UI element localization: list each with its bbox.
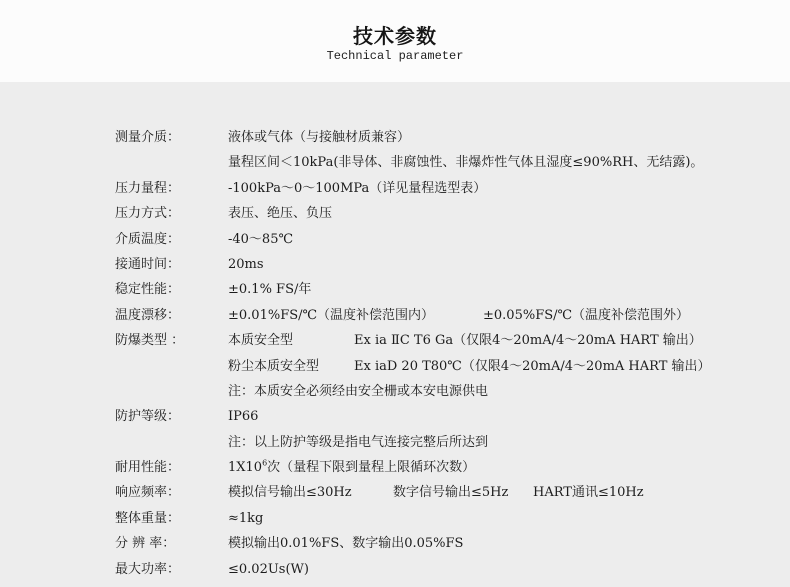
spec-row-weight: 整体重量： ≈1kg bbox=[0, 506, 790, 531]
spec-row-pressure-range: 压力量程： -100kPa～0～100MPa（详见量程选型表） bbox=[0, 176, 790, 201]
spec-value: ≤0.02Us(W) bbox=[228, 557, 309, 582]
spec-value: -100kPa～0～100MPa（详见量程选型表） bbox=[228, 176, 486, 201]
spec-value: 表压、绝压、负压 bbox=[228, 201, 332, 226]
spec-value: ±0.01%FS/℃（温度补偿范围内） bbox=[228, 303, 434, 328]
spec-value: 模拟信号输出≤30Hz bbox=[228, 480, 352, 505]
spec-row-pressure-type: 压力方式： 表压、绝压、负压 bbox=[0, 201, 790, 226]
spec-value: 注：以上防护等级是指电气连接完整后所达到 bbox=[228, 430, 488, 455]
spec-row-dust-proof: 粉尘本质安全型 Ex iaD 20 T80℃（仅限4～20mA/4～20mA H… bbox=[0, 354, 790, 379]
spec-label: 温度漂移： bbox=[115, 303, 180, 328]
spec-label: 稳定性能： bbox=[115, 277, 180, 302]
spec-value: 模拟输出0.01%FS、数字输出0.05%FS bbox=[228, 531, 463, 556]
spec-row-temp-drift: 温度漂移： ±0.01%FS/℃（温度补偿范围内） ±0.05%FS/℃（温度补… bbox=[0, 303, 790, 328]
spec-row-medium-temp: 介质温度： -40～85℃ bbox=[0, 227, 790, 252]
spec-value: 1X106次（量程下限到量程上限循环次数） bbox=[228, 455, 475, 480]
spec-value-secondary: 数字信号输出≤5Hz bbox=[393, 480, 508, 505]
spec-row-on-time: 接通时间： 20ms bbox=[0, 252, 790, 277]
spec-value: 本质安全型 bbox=[228, 328, 293, 353]
spec-label: 耐用性能： bbox=[115, 455, 180, 480]
spec-value: IP66 bbox=[228, 404, 258, 429]
spec-list: 测量介质： 液体或气体（与接触材质兼容） 量程区间＜10kPa(非导体、非腐蚀性… bbox=[0, 125, 790, 582]
spec-row-response-freq: 响应频率： 模拟信号输出≤30Hz 数字信号输出≤5Hz HART通讯≤10Hz bbox=[0, 480, 790, 505]
spec-label: 防爆类型 ： bbox=[115, 328, 184, 353]
spec-label: 接通时间： bbox=[115, 252, 180, 277]
spec-value: ±0.1% FS/年 bbox=[228, 277, 311, 302]
spec-label: 整体重量： bbox=[115, 506, 180, 531]
spec-row-explosion-note: 注：本质安全必须经由安全栅或本安电源供电 bbox=[0, 379, 790, 404]
spec-value: 注：本质安全必须经由安全栅或本安电源供电 bbox=[228, 379, 488, 404]
spec-value: -40～85℃ bbox=[228, 227, 293, 252]
spec-value: 量程区间＜10kPa(非导体、非腐蚀性、非爆炸性气体且湿度≤90%RH、无结露)… bbox=[228, 150, 703, 175]
spec-label: 响应频率： bbox=[115, 480, 180, 505]
spec-row-ip-note: 注：以上防护等级是指电气连接完整后所达到 bbox=[0, 430, 790, 455]
header-banner: 技术参数 Technical parameter bbox=[0, 0, 790, 82]
spec-row-resolution: 分 辨 率： 模拟输出0.01%FS、数字输出0.05%FS bbox=[0, 531, 790, 556]
spec-value: 粉尘本质安全型 bbox=[228, 354, 319, 379]
spec-value: 液体或气体（与接触材质兼容） bbox=[228, 125, 410, 150]
page-title: 技术参数 bbox=[0, 24, 790, 48]
spec-row-stability: 稳定性能： ±0.1% FS/年 bbox=[0, 277, 790, 302]
spec-value-prefix: 1X10 bbox=[228, 460, 262, 475]
spec-value-secondary: Ex ia ⅡC T6 Ga（仅限4～20mA/4～20mA HART 输出） bbox=[354, 328, 702, 353]
spec-label: 介质温度： bbox=[115, 227, 180, 252]
spec-row-ip-rating: 防护等级： IP66 bbox=[0, 404, 790, 429]
spec-label: 防护等级： bbox=[115, 404, 180, 429]
spec-row-medium: 测量介质： 液体或气体（与接触材质兼容） bbox=[0, 125, 790, 150]
spec-value: ≈1kg bbox=[228, 506, 263, 531]
spec-label: 最大功率： bbox=[115, 557, 180, 582]
spec-value-tertiary: HART通讯≤10Hz bbox=[533, 480, 644, 505]
spec-value: 20ms bbox=[228, 252, 264, 277]
spec-row-medium-note: 量程区间＜10kPa(非导体、非腐蚀性、非爆炸性气体且湿度≤90%RH、无结露)… bbox=[0, 150, 790, 175]
spec-row-max-power: 最大功率： ≤0.02Us(W) bbox=[0, 557, 790, 582]
page-subtitle: Technical parameter bbox=[0, 49, 790, 63]
spec-label: 测量介质： bbox=[115, 125, 180, 150]
spec-label: 分 辨 率： bbox=[115, 531, 175, 556]
spec-row-durability: 耐用性能： 1X106次（量程下限到量程上限循环次数） bbox=[0, 455, 790, 480]
spec-row-explosion-proof: 防爆类型 ： 本质安全型 Ex ia ⅡC T6 Ga（仅限4～20mA/4～2… bbox=[0, 328, 790, 353]
spec-value-secondary: ±0.05%FS/℃（温度补偿范围外） bbox=[483, 303, 689, 328]
spec-label: 压力量程： bbox=[115, 176, 180, 201]
spec-label: 压力方式： bbox=[115, 201, 180, 226]
spec-value-secondary: Ex iaD 20 T80℃（仅限4～20mA/4～20mA HART 输出） bbox=[354, 354, 711, 379]
spec-value-suffix: 次（量程下限到量程上限循环次数） bbox=[267, 460, 475, 475]
